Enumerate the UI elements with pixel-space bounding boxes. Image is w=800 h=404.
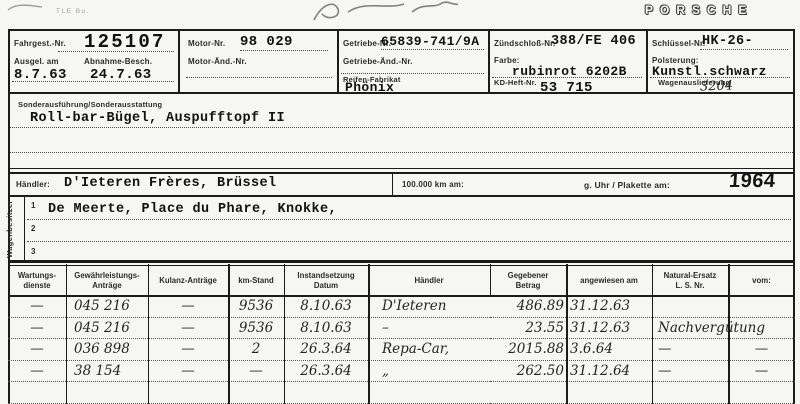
dotted-rule <box>240 50 328 51</box>
service-table-body: —045 216—95368.10.63D'Ieteren486.8931.12… <box>8 296 795 404</box>
table-cell-r1-gegebener-betrag: 486.89 <box>490 296 566 318</box>
col-divider <box>368 264 370 404</box>
divider <box>8 172 795 174</box>
table-cell-r1-angewiesen-am: 31.12.63 <box>566 296 652 318</box>
box-divider <box>178 29 180 92</box>
table-cell-r1-kulanz-antraege: — <box>148 296 228 318</box>
dotted-rule <box>341 73 484 74</box>
fahrgestell-value: 125107 <box>84 31 166 53</box>
table-cell-r3-gewaehrleistungs-antraege: 036 898 <box>66 339 148 361</box>
fahrgestell-label: Fahrgest.-Nr. <box>14 39 66 48</box>
col-divider <box>284 264 285 404</box>
table-cell-r1-natural-ersatz <box>652 296 728 318</box>
table-cell-r5-haendler <box>368 382 490 404</box>
table-cell-r1-gewaehrleistungs-antraege: 045 216 <box>66 296 148 318</box>
table-cell-r3-gegebener-betrag: 2015.88 <box>490 339 566 361</box>
table-cell-r5-km-stand <box>228 382 284 404</box>
table-header-instandsetzung-datum: Instandsetzung Datum <box>284 266 368 295</box>
motor-value: 98 029 <box>240 34 293 50</box>
getriebe-value: 65839-741/9A <box>381 34 479 49</box>
zuendschloss-value: 388/FE 406 <box>551 34 636 49</box>
table-cell-r2-gewaehrleistungs-antraege: 045 216 <box>66 318 148 340</box>
table-cell-r2-vom <box>728 318 795 340</box>
box-divider <box>488 29 490 92</box>
table-header-wartungsdienste: Wartungs- dienste <box>8 266 66 295</box>
table-header-haendler: Händler <box>368 266 490 295</box>
dotted-rule <box>27 219 791 220</box>
kd-heft-value: 53 715 <box>540 80 593 96</box>
ausgeliefert-label: Ausgel. am <box>14 57 59 66</box>
pencil-scribble <box>300 0 460 26</box>
table-cell-r3-natural-ersatz: — <box>652 339 728 361</box>
table-cell-r1-vom <box>728 296 795 318</box>
table-cell-r4-km-stand: — <box>228 361 284 383</box>
table-header-angewiesen-am: angewiesen am <box>566 266 652 295</box>
scan-artifact-text: TLE Bu. <box>56 8 90 15</box>
owner-row-number: 1 <box>31 201 35 210</box>
divider <box>8 168 795 169</box>
table-cell-r3-km-stand: 2 <box>228 339 284 361</box>
table-cell-r5-natural-ersatz <box>652 382 728 404</box>
dotted-rule <box>12 81 174 82</box>
table-header-vom: vom: <box>728 266 795 295</box>
table-cell-r5-gegebener-betrag <box>490 382 566 404</box>
box-divider <box>337 29 339 92</box>
owner-row-number: 3 <box>31 247 35 256</box>
table-cell-r2-gegebener-betrag: 23.55 <box>490 318 566 340</box>
plakette-am-label: g. Uhr / Plakette am: <box>584 180 670 190</box>
kd-heft-label: KD-Heft-Nr. <box>494 78 537 87</box>
col-divider-header <box>490 264 491 296</box>
col-divider <box>148 264 149 404</box>
table-cell-r5-vom <box>728 382 795 404</box>
dotted-rule <box>27 241 791 242</box>
box-divider <box>392 172 393 196</box>
divider-header-bottom <box>8 92 795 94</box>
table-cell-r4-natural-ersatz: — <box>652 361 728 383</box>
wagenauslieferung-value: 3204 <box>700 78 734 94</box>
col-divider <box>652 264 653 404</box>
table-cell-r2-km-stand: 9536 <box>228 318 284 340</box>
corner-mark <box>6 1 46 13</box>
table-cell-r3-wartungsdienste: — <box>8 339 66 361</box>
divider-table-top <box>8 260 795 263</box>
table-header-gewaehrleistungs-antraege: Gewährleistungs- Anträge <box>66 266 148 295</box>
sonderausstattung-label: Sonderausführung/Sonderausstattung <box>18 100 162 109</box>
table-header-kulanz-antraege: Kulanz-Anträge <box>148 266 228 295</box>
table-cell-r5-kulanz-antraege <box>148 382 228 404</box>
col-divider <box>66 264 67 404</box>
dotted-rule <box>58 51 174 52</box>
table-cell-r2-natural-ersatz: Nachvergütung <box>652 318 728 340</box>
dotted-rule <box>700 49 788 50</box>
table-cell-r4-kulanz-antraege: — <box>148 361 228 383</box>
col-divider <box>228 264 230 404</box>
abnahme-label: Abnahme-Besch. <box>84 57 152 66</box>
table-cell-r5-gewaehrleistungs-antraege <box>66 382 148 404</box>
porsche-logo: PORSCHE <box>645 3 753 17</box>
table-cell-r1-haendler: D'Ieteren <box>368 296 490 318</box>
table-cell-r2-instandsetzung-datum: 8.10.63 <box>284 318 368 340</box>
table-cell-r3-haendler: Repa-Car, <box>368 339 490 361</box>
table-cell-r3-vom: — <box>728 339 795 361</box>
service-table-header: Wartungs- diensteGewährleistungs- Anträg… <box>8 266 795 295</box>
table-cell-r4-wartungsdienste: — <box>8 361 66 383</box>
haendler-label: Händler: <box>16 180 50 189</box>
table-cell-r4-haendler: „ <box>368 361 490 383</box>
box-divider <box>646 29 648 92</box>
table-cell-r1-instandsetzung-datum: 8.10.63 <box>284 296 368 318</box>
divider <box>8 195 795 197</box>
table-cell-r2-kulanz-antraege: — <box>148 318 228 340</box>
sonderausstattung-value: Roll-bar-Bügel, Auspufftopf II <box>30 111 285 126</box>
table-cell-r4-gewaehrleistungs-antraege: 38 154 <box>66 361 148 383</box>
schluessel-label: Schlüssel-Nr. <box>652 39 705 48</box>
dotted-rule <box>381 49 484 50</box>
table-cell-r5-angewiesen-am <box>566 382 652 404</box>
table-cell-r4-gegebener-betrag: 262.50 <box>490 361 566 383</box>
table-header-natural-ersatz: Natural-Ersatz L. S. Nr. <box>652 266 728 295</box>
zuendschloss-label: Zündschloß-Nr. <box>494 39 555 48</box>
haendler-value: D'Ieteren Frères, Brüssel <box>64 176 277 191</box>
table-cell-r3-kulanz-antraege: — <box>148 339 228 361</box>
dotted-rule <box>10 152 793 153</box>
owner-1-value: De Meerte, Place du Phare, Knokke, <box>48 202 337 217</box>
table-cell-r2-haendler: – <box>368 318 490 340</box>
table-cell-r2-angewiesen-am: 31.12.63 <box>566 318 652 340</box>
table-cell-r4-angewiesen-am: 31.12.64 <box>566 361 652 383</box>
table-cell-r3-instandsetzung-datum: 26.3.64 <box>284 339 368 361</box>
dotted-rule <box>10 127 793 128</box>
table-header-km-stand: km-Stand <box>228 266 284 295</box>
col-divider <box>566 264 568 404</box>
reifen-value: Phönix <box>345 80 394 95</box>
col-divider <box>728 264 730 404</box>
owner-row-number: 2 <box>31 224 35 233</box>
dotted-rule <box>186 77 332 78</box>
table-cell-r4-vom: — <box>728 361 795 383</box>
table-cell-r5-instandsetzung-datum <box>284 382 368 404</box>
schluessel-value: HK-26- <box>702 34 753 49</box>
km-am-label: 100.000 km am: <box>402 180 464 189</box>
table-cell-r5-wartungsdienste <box>8 382 66 404</box>
table-cell-r2-wartungsdienste: — <box>8 318 66 340</box>
table-cell-r1-km-stand: 9536 <box>228 296 284 318</box>
box-divider <box>24 196 25 260</box>
porsche-kardex-card: TLE Bu. PORSCHE Fahrgest.-Nr. 125107 Aus… <box>0 0 800 404</box>
table-header-gegebener-betrag: Gegebener Betrag <box>490 266 566 295</box>
wagenbesitzer-side-label: Wagenbesitzer <box>5 198 20 260</box>
motor-label: Motor-Nr. <box>188 39 225 48</box>
table-cell-r1-wartungsdienste: — <box>8 296 66 318</box>
year-stamp: 1964 <box>728 170 776 193</box>
table-cell-r3-angewiesen-am: 3.6.64 <box>566 339 652 361</box>
getriebe-aend-label: Getriebe-Änd.-Nr. <box>343 57 413 66</box>
motor-aend-label: Motor-Änd.-Nr. <box>188 57 247 66</box>
table-cell-r4-instandsetzung-datum: 26.3.64 <box>284 361 368 383</box>
